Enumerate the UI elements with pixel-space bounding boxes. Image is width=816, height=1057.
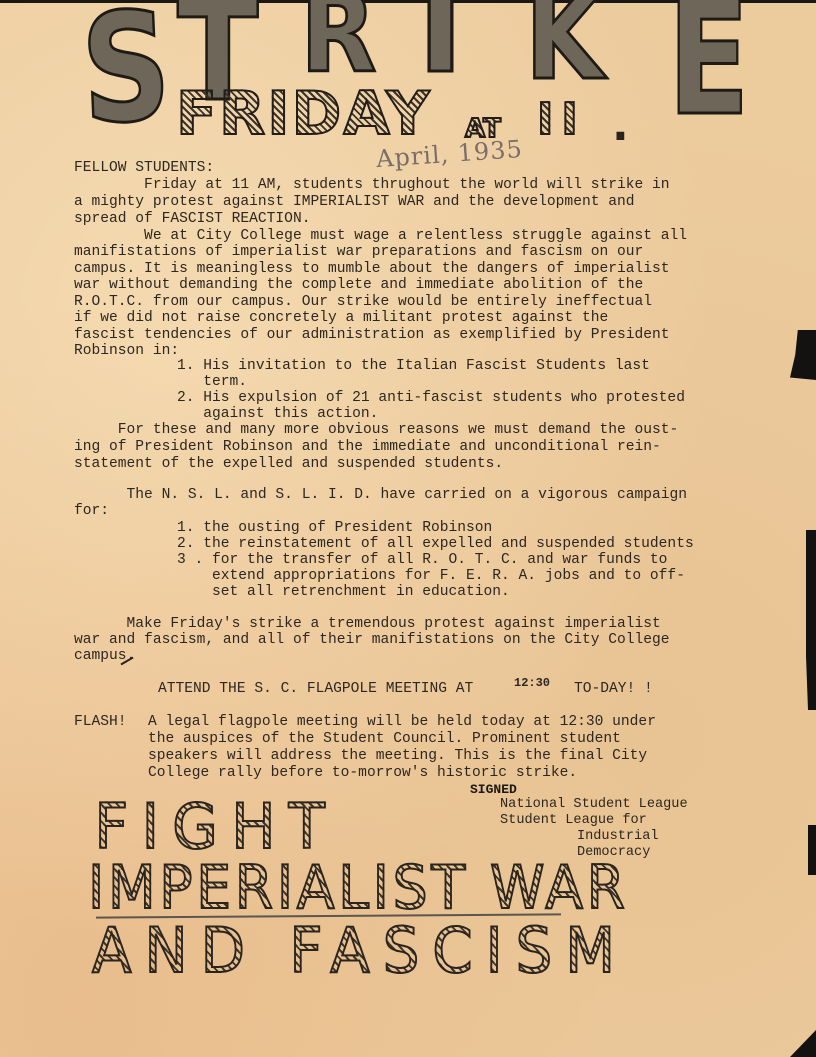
- torn-edge-bottom: [790, 1030, 816, 1057]
- grievance-item: against this action.: [177, 406, 378, 423]
- salutation: FELLOW STUDENTS:: [74, 160, 214, 177]
- signatory-line: Industrial: [528, 829, 659, 846]
- attend-text: ATTEND THE S. C. FLAGPOLE MEETING AT: [158, 681, 473, 698]
- headline-letter-r: R: [300, 0, 376, 88]
- slogan-imperialist-war: IMPERIALIST WAR: [88, 858, 629, 918]
- headline-letter-k: K: [525, 0, 604, 98]
- grievance-item: 2. His expulsion of 21 anti-fascist stud…: [177, 390, 685, 407]
- slogan-fight: FIGHT: [94, 796, 338, 858]
- attend-suffix: TO-DAY! !: [574, 681, 653, 698]
- paragraph-3-line: For these and many more obvious reasons …: [74, 422, 678, 439]
- signatory-line: National Student League: [500, 797, 688, 814]
- paragraph-5-line: war and fascism, and all of their manifi…: [74, 632, 670, 649]
- grievance-item: 1. His invitation to the Italian Fascist…: [177, 358, 650, 375]
- demand-item: 1. the ousting of President Robinson: [177, 520, 492, 537]
- demand-item: extend appropriations for F. E. R. A. jo…: [177, 568, 685, 585]
- paragraph-2-line: campus. It is meaningless to mumble abou…: [74, 261, 670, 278]
- paragraph-2-line: R.O.T.C. from our campus. Our strike wou…: [74, 294, 652, 311]
- paragraph-2-line: fascist tendencies of our administration…: [74, 327, 670, 344]
- torn-edge-lower: [808, 825, 816, 875]
- paragraph-2-line: We at City College must wage a relentles…: [74, 228, 687, 245]
- attend-time: 12:30: [514, 675, 550, 692]
- paragraph-3-line: ing of President Robinson and the immedi…: [74, 439, 661, 456]
- paragraph-1-line: Friday at 11 AM, students thrughout the …: [74, 177, 670, 194]
- paragraph-4-line: The N. S. L. and S. L. I. D. have carrie…: [74, 487, 687, 504]
- flash-label: FLASH!: [74, 714, 127, 731]
- demand-item: 3 . for the transfer of all R. O. T. C. …: [177, 552, 667, 569]
- paragraph-2-line: war without demanding the complete and i…: [74, 277, 643, 294]
- signatory-line: Student League for: [500, 813, 647, 830]
- paragraph-3-line: statement of the expelled and suspended …: [74, 456, 503, 473]
- slogan-and-fascism: AND FASCISM: [92, 920, 628, 982]
- flash-line: College rally before to-morrow's histori…: [148, 765, 577, 782]
- flash-line: speakers will address the meeting. This …: [148, 748, 647, 765]
- paragraph-2-line: if we did not raise concretely a militan…: [74, 310, 608, 327]
- flash-line: the auspices of the Student Council. Pro…: [148, 731, 621, 748]
- subheadline-dot: .: [612, 100, 629, 151]
- demand-item: set all retrenchment in education.: [177, 584, 510, 601]
- flash-line: A legal flagpole meeting will be held to…: [148, 714, 656, 731]
- subheadline-time: II: [537, 98, 586, 142]
- demand-item: 2. the reinstatement of all expelled and…: [177, 536, 694, 553]
- torn-edge-middle: [806, 530, 816, 710]
- headline-letter-s: S: [79, 0, 174, 147]
- paragraph-5-line: Make Friday's strike a tremendous protes…: [74, 616, 661, 633]
- paragraph-1-line: a mighty protest against IMPERIALIST WAR…: [74, 194, 635, 211]
- subheadline-friday: FRIDAY: [176, 84, 431, 144]
- headline-letter-i: I: [418, 0, 463, 88]
- paragraph-2-line: Robinson in:: [74, 343, 179, 360]
- paragraph-2-line: manifistations of imperialist war prepar…: [74, 244, 643, 261]
- headline-letter-e: E: [668, 0, 750, 138]
- grievance-item: term.: [177, 374, 247, 391]
- paragraph-1-line: spread of FASCIST REACTION.: [74, 211, 310, 228]
- paragraph-4-line: for:: [74, 503, 109, 520]
- torn-edge-upper: [790, 330, 816, 380]
